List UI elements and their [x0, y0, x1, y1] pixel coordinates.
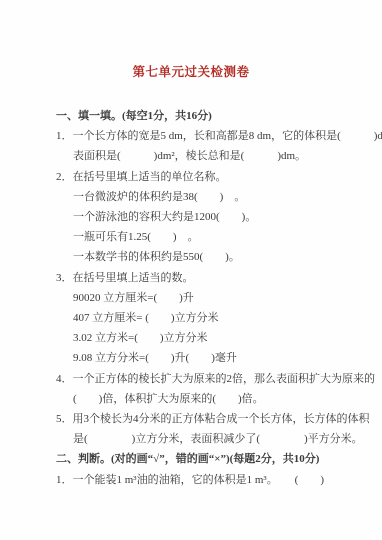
question-2-item-mathbook: 一本数学书的体积约是550( )。	[0, 247, 382, 267]
question-5-line-1: 5．用3个棱长为4分米的正方体粘合成一个长方体，长方体的体积	[0, 409, 382, 429]
question-3-item-4: 9.08 立方分米=( )升( )毫升	[0, 348, 382, 368]
exam-paper-page: 第七单元过关检测卷 一、填一填。(每空1分，共16分) 1．一个长方体的宽是5 …	[0, 0, 382, 540]
question-4-line-1: 4．一个正方体的棱长扩大为原来的2倍，那么表面积扩大为原来的	[0, 369, 382, 389]
question-3-stem: 3．在括号里填上适当的数。	[0, 268, 382, 288]
question-2-stem: 2．在括号里填上适当的单位名称。	[0, 167, 382, 187]
question-4-line-2: ( )倍，体积扩大为原来的( )倍。	[0, 389, 382, 409]
judge-question-1-text: 1．一个能装1 m³油的油箱，它的体积是1 m³。	[56, 470, 278, 490]
section-2-heading: 二、判断。(对的画“√”，错的画“×”)(每题2分，共10分)	[0, 449, 382, 469]
judge-question-1: 1．一个能装1 m³油的油箱，它的体积是1 m³。 ( )	[0, 470, 382, 490]
question-5-line-2: 是( )立方分米，表面积减少了( )平方分米。	[0, 429, 382, 449]
question-3-item-1: 90020 立方厘米=( )升	[0, 288, 382, 308]
question-2-item-microwave: 一台微波炉的体积约是38( ) 。	[0, 187, 382, 207]
exam-body: 一、填一填。(每空1分，共16分) 1．一个长方体的宽是5 dm，长和高都是8 …	[0, 106, 382, 490]
question-1-line-2: 表面积是( )dm²，棱长总和是( )dm。	[0, 146, 382, 166]
question-3-item-2: 407 立方厘米= ( )立方分米	[0, 308, 382, 328]
question-2-item-pool: 一个游泳池的容积大约是1200( )。	[0, 207, 382, 227]
page-title: 第七单元过关检测卷	[0, 62, 382, 80]
question-3-item-3: 3.02 立方米=( )立方分米	[0, 328, 382, 348]
question-1-line-1: 1．一个长方体的宽是5 dm，长和高都是8 dm，它的体积是( )dm³，	[0, 126, 382, 146]
section-1-heading: 一、填一填。(每空1分，共16分)	[0, 106, 382, 126]
question-2-item-cola: 一瓶可乐有1.25( ) 。	[0, 227, 382, 247]
judge-question-1-answer-blank: ( )	[295, 470, 324, 490]
